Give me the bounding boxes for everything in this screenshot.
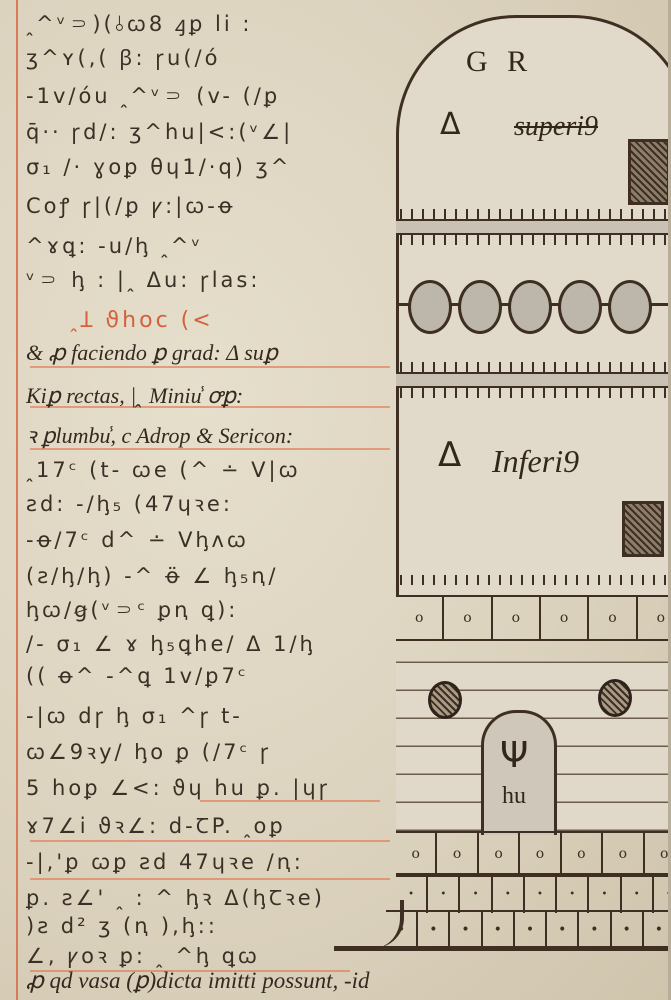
cipher-line: 5 hoꝑ ∠<: ϑɥ hu ꝑ. |ɥꞅ xyxy=(26,774,330,802)
furnace-illustration: G R Δ superi9 Δ Inferi9 o o xyxy=(396,15,671,915)
cipher-line: ꞈ^ᵛ⸧)(⫰ꞷ8 ꜭꝑ li : xyxy=(26,10,252,38)
vessel-icon xyxy=(558,280,602,334)
ruling-line xyxy=(30,878,390,880)
chamber-divider xyxy=(396,219,671,235)
latin-line: & ꝓ faciendo ꝑ grad: Δ suꝑ xyxy=(26,340,278,366)
lower-grate xyxy=(622,501,664,557)
tick-border xyxy=(400,235,671,245)
chamber-divider xyxy=(396,372,671,388)
latin-line: ꝛ ꝑlumbu̾, c Adrop & Sericon: xyxy=(26,420,293,450)
rubric-cipher-line: ꞈꞱ ϑhoc (< xyxy=(70,304,214,334)
cipher-line: ∠, ꝩoꝛ ꝑ: ꞈ ^ꞕ ꝗꞷ xyxy=(26,942,260,970)
cipher-line: ꞈ17ᶜ (t- ꞷe (^ ∸ V|ꞷ xyxy=(26,456,301,484)
dot-row-lower: • • • • • • • • • xyxy=(386,910,671,948)
cipher-line: (ƨ/ꞕ/ꞕ) -^ ꝋ̈ ∠ ꞕ₅ꞑ/ xyxy=(26,562,278,590)
vessel-icon xyxy=(408,280,452,334)
cipher-line: -ꝋ/7ᶜ d^ ∸ Vꞕᴧꞷ xyxy=(26,526,249,554)
peephole-icon xyxy=(428,681,462,719)
vessel-icon xyxy=(458,280,502,334)
cipher-line: -|,ꞌꝑ ꞷꝑ ƨd 47ɥꝛe /ꞑ: xyxy=(26,848,304,876)
cipher-line: )ƨ d² ʒ (ꞑ ),ꞕ:: xyxy=(26,912,218,940)
door-label: hu xyxy=(502,783,526,810)
cipher-line: ƨd: -/ꞕ₅ (47ɥꝛe: xyxy=(26,490,233,518)
upper-grate xyxy=(628,139,670,205)
dot-row-upper: • • • • • • • • • xyxy=(396,873,671,913)
cipher-line: q̄·· ꞅd/: ʒ^hu|<:(ᵛ∠| xyxy=(26,118,293,146)
tick-border xyxy=(400,209,671,219)
peephole-icon xyxy=(598,679,632,717)
cipher-line: ɤ7∠i ϑꝛ∠: d-ꞆP. ꞈoꝑ xyxy=(26,812,286,840)
latin-line: Kiꝑ rectas, |ꞈ Miniu̾ ꝍꝑ: xyxy=(26,380,243,410)
upper-chamber-label: superi9 xyxy=(514,111,598,143)
cipher-line: ꞷ∠9ꝛy/ ꞕo ꝑ (/7ᶜ ꞅ xyxy=(26,738,272,766)
cipher-line: ꞕꞷ/ꞡ(ᵛ⸧ᶜ ꝑꞑ ꝗ): xyxy=(26,596,238,624)
ruling-line xyxy=(30,840,390,842)
trident-icon: Ψ xyxy=(500,735,528,776)
cipher-line: -|ꞷ dꞅ ꞕ σ₁ ^ꞅ t- xyxy=(26,702,243,730)
circle-row: o o o o o o o xyxy=(396,831,671,877)
cipher-line: -1v/óu ꞈ^ᵛ⸧ (v- (/ꝑ xyxy=(26,82,280,110)
vessel-row xyxy=(396,280,671,330)
vessel-icon xyxy=(608,280,652,334)
cipher-line: ꝑ. ƨ∠ꞌ ꞈ ꞉ ^ ꞕꝛ Δ(ꞕꞆꝛe) xyxy=(26,884,325,912)
circle-row: o o o o o o xyxy=(396,595,671,641)
vessel-icon xyxy=(508,280,552,334)
cipher-line: ^ɤꝗ: -u/ꞕ ꞈ^ᵛ xyxy=(26,232,203,260)
fire-triangle-icon: Δ xyxy=(438,435,461,475)
cipher-line: Coꝭ ꞅ|(/ꝑ ꝩ:|ꞷ-ꝋ xyxy=(26,192,236,220)
tick-border xyxy=(400,362,671,372)
cipher-line: /- σ₁ ∠ ɤ ꞕ₅ꝗhe/ Δ 1/ꞕ xyxy=(26,630,316,658)
manuscript-page: ꞈ^ᵛ⸧)(⫰ꞷ8 ꜭꝑ li : ʒ^ʏ(,( ꞵ: ꞅu(/ó -1v/óu… xyxy=(0,0,671,1000)
cipher-line: (( ꝋ^ -^ꝗ 1v/ꝑ7ᶜ xyxy=(26,664,249,688)
ruling-line xyxy=(30,366,390,368)
footer-latin-line: ꝓ qd vasa (ꝑ)dicta imitti possunt, -id xyxy=(26,968,370,994)
furnace-title: G R xyxy=(466,45,533,79)
tick-border xyxy=(400,388,671,398)
cipher-line: ᵛ⸧ ꞕ : |ꞈ Δu: ꞅlas: xyxy=(26,266,260,294)
furnace-base: o o o o o o Ψ hu o o o o o o o xyxy=(396,595,671,915)
lower-chamber-label: Inferi9 xyxy=(492,443,579,480)
fire-triangle-icon: Δ xyxy=(440,107,461,142)
cipher-line: ʒ^ʏ(,( ꞵ: ꞅu(/ó xyxy=(26,44,220,72)
tick-border xyxy=(400,575,671,585)
furnace-ground-line xyxy=(334,946,671,951)
margin-ruling-line xyxy=(16,0,18,1000)
furnace-door: Ψ hu xyxy=(481,710,557,835)
cipher-line: σ₁ /· ɣoꝑ θɥ1/·q) ʒ^ xyxy=(26,155,291,179)
